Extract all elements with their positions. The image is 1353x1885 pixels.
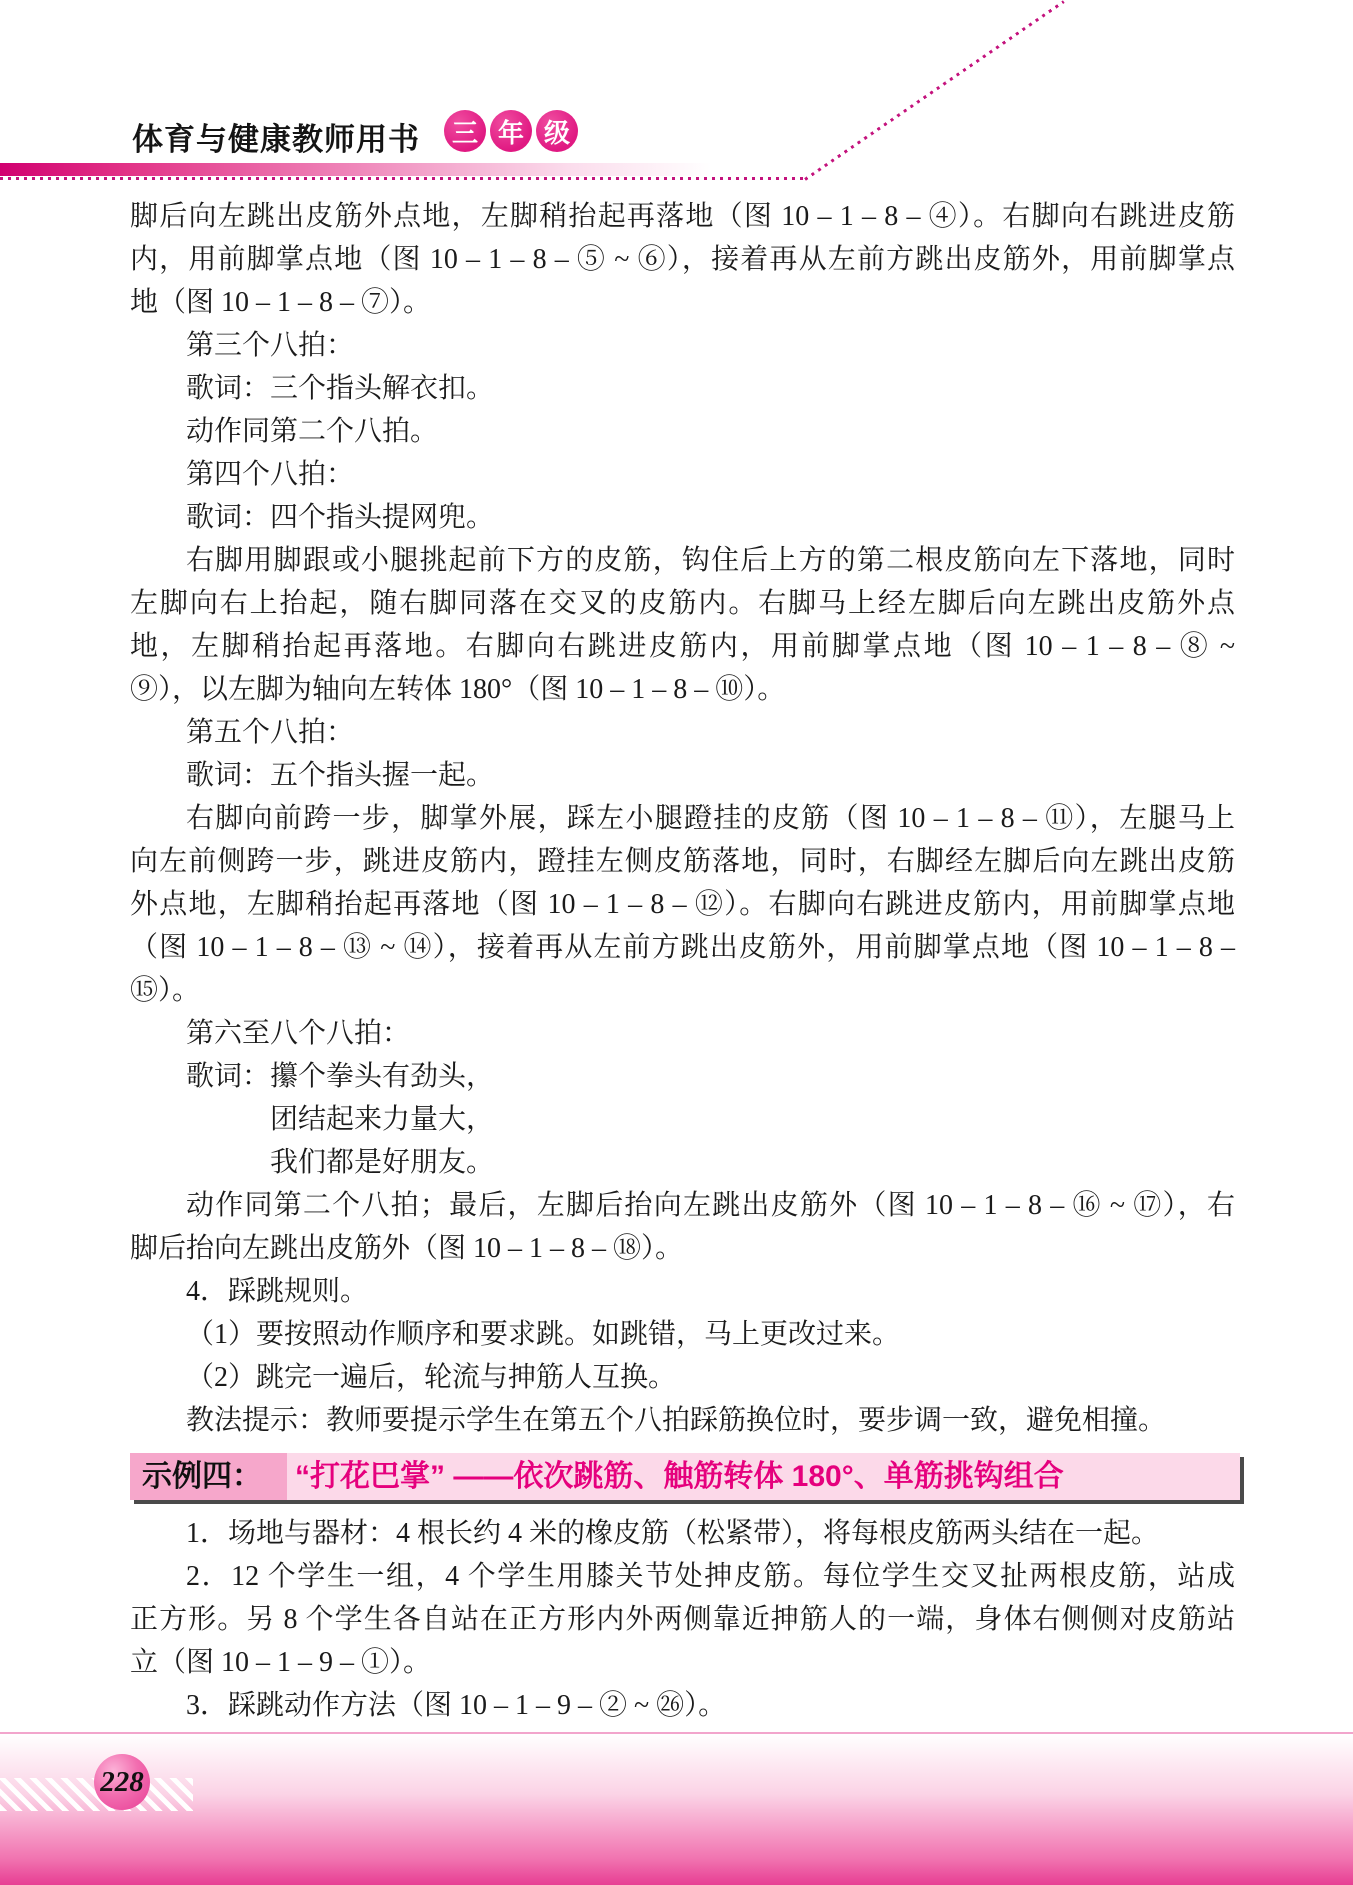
text-line: 第五个八拍：	[130, 711, 1235, 754]
text-line: 第六至八个八拍：	[130, 1012, 1235, 1055]
grade-badges: 三年级	[444, 110, 578, 152]
text-line: 脚后向左跳出皮筋外点地，左脚稍抬起再落地（图 10 – 1 – 8 – ④）。右…	[130, 195, 1235, 238]
text-line: （2）跳完一遍后，轮流与抻筋人互换。	[130, 1356, 1235, 1399]
text-line: （图 10 – 1 – 8 – ⑬ ~ ⑭），接着再从左前方跳出皮筋外，用前脚掌…	[130, 926, 1235, 969]
text-line: 3．踩跳动作方法（图 10 – 1 – 9 – ② ~ ㉖）。	[130, 1684, 1235, 1727]
text-line: 我们都是好朋友。	[130, 1141, 1235, 1184]
page-footer: 228	[0, 1732, 1353, 1885]
text-line: 内，用前脚掌点地（图 10 – 1 – 8 – ⑤ ~ ⑥），接着再从左前方跳出…	[130, 238, 1235, 281]
example-banner: 示例四： “打花巴掌” ——依次跳筋、触筋转体 180°、单筋挑钩组合	[130, 1453, 1240, 1500]
body-text-block: 脚后向左跳出皮筋外点地，左脚稍抬起再落地（图 10 – 1 – 8 – ④）。右…	[130, 195, 1235, 1442]
book-page: 体育与健康教师用书 三年级 脚后向左跳出皮筋外点地，左脚稍抬起再落地（图 10 …	[0, 0, 1353, 1885]
text-line: 右脚向前跨一步，脚掌外展，踩左小腿蹬挂的皮筋（图 10 – 1 – 8 – ⑪）…	[130, 797, 1235, 840]
header-dotted-diagonal	[804, 0, 1064, 180]
text-line: （1）要按照动作顺序和要求跳。如跳错，马上更改过来。	[130, 1313, 1235, 1356]
grade-badge: 三	[444, 110, 486, 152]
text-line: 地，左脚稍抬起再落地。右脚向右跳进皮筋内，用前脚掌点地（图 10 – 1 – 8…	[130, 625, 1235, 668]
text-line: 地（图 10 – 1 – 8 – ⑦）。	[130, 281, 1235, 324]
text-line: 向左前侧跨一步，跳进皮筋内，蹬挂左侧皮筋落地，同时，右脚经左脚后向左跳出皮筋	[130, 840, 1235, 883]
example-text-block: 1．场地与器材：4 根长约 4 米的橡皮筋（松紧带），将每根皮筋两头结在一起。2…	[130, 1512, 1235, 1727]
page-number: 228	[100, 1766, 144, 1799]
text-line: 教法提示：教师要提示学生在第五个八拍踩筋换位时，要步调一致，避免相撞。	[130, 1399, 1235, 1442]
example-banner-label: 示例四：	[130, 1453, 287, 1500]
text-line: ⑨），以左脚为轴向左转体 180°（图 10 – 1 – 8 – ⑩）。	[130, 668, 1235, 711]
header-dotted-rule	[0, 177, 806, 180]
book-title: 体育与健康教师用书	[132, 114, 420, 159]
text-line: 立（图 10 – 1 – 9 – ①）。	[130, 1641, 1235, 1684]
grade-badge: 级	[536, 110, 578, 152]
text-line: 歌词：四个指头提网兜。	[130, 496, 1235, 539]
text-line: 歌词：攥个拳头有劲头，	[130, 1055, 1235, 1098]
text-line: 歌词：五个指头握一起。	[130, 754, 1235, 797]
page-number-badge: 228	[94, 1754, 150, 1810]
text-line: 第三个八拍：	[130, 324, 1235, 367]
text-line: 左脚向右上抬起，随右脚同落在交叉的皮筋内。右脚马上经左脚后向左跳出皮筋外点	[130, 582, 1235, 625]
grade-badge: 年	[490, 110, 532, 152]
text-line: 脚后抬向左跳出皮筋外（图 10 – 1 – 8 – ⑱）。	[130, 1227, 1235, 1270]
text-line: 正方形。另 8 个学生各自站在正方形内外两侧靠近抻筋人的一端，身体右侧侧对皮筋站	[130, 1598, 1235, 1641]
text-line: ⑮）。	[130, 969, 1235, 1012]
text-line: 2．12 个学生一组，4 个学生用膝关节处抻皮筋。每位学生交叉扯两根皮筋，站成	[130, 1555, 1235, 1598]
header-gradient-bar	[0, 163, 711, 176]
text-line: 团结起来力量大，	[130, 1098, 1235, 1141]
example-banner-title: “打花巴掌” ——依次跳筋、触筋转体 180°、单筋挑钩组合	[287, 1453, 1240, 1500]
text-line: 右脚用脚跟或小腿挑起前下方的皮筋，钩住后上方的第二根皮筋向左下落地，同时	[130, 539, 1235, 582]
text-line: 外点地，左脚稍抬起再落地（图 10 – 1 – 8 – ⑫）。右脚向右跳进皮筋内…	[130, 883, 1235, 926]
text-line: 4．踩跳规则。	[130, 1270, 1235, 1313]
text-line: 动作同第二个八拍。	[130, 410, 1235, 453]
text-line: 歌词：三个指头解衣扣。	[130, 367, 1235, 410]
text-line: 1．场地与器材：4 根长约 4 米的橡皮筋（松紧带），将每根皮筋两头结在一起。	[130, 1512, 1235, 1555]
text-line: 动作同第二个八拍；最后，左脚后抬向左跳出皮筋外（图 10 – 1 – 8 – ⑯…	[130, 1184, 1235, 1227]
text-line: 第四个八拍：	[130, 453, 1235, 496]
